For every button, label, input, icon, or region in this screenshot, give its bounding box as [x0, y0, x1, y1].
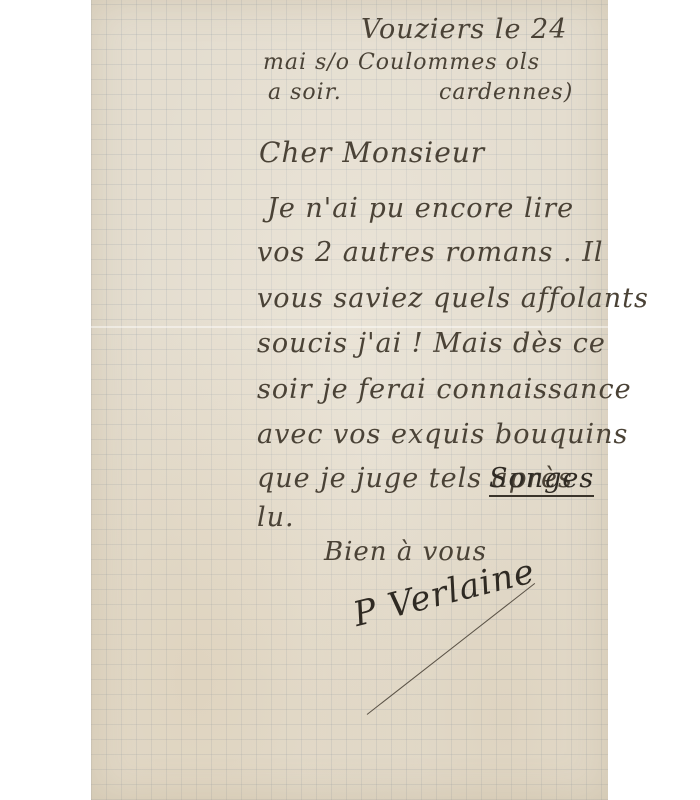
header-place-date: Vouziers le 24	[361, 14, 567, 45]
salutation: Cher Monsieur	[259, 136, 485, 169]
header-time: a soir.	[268, 80, 342, 105]
body-line-6: avec vos exquis bouquins	[257, 419, 628, 450]
body-line-1: Je n'ai pu encore lire	[267, 193, 574, 224]
body-line-2: vos 2 autres romans . Il	[257, 237, 604, 268]
header-address: mai s/o Coulommes ols	[263, 50, 540, 75]
letter-paper: Vouziers le 24 mai s/o Coulommes ols a s…	[91, 0, 608, 800]
body-line-8: lu.	[257, 502, 295, 533]
body-line-4: soucis j'ai ! Mais dès ce	[257, 328, 606, 359]
body-line-3: vous saviez quels affolants	[257, 283, 649, 314]
underlined-title-songes: Songes	[489, 463, 594, 497]
closing: Bien à vous	[324, 537, 487, 567]
body-line-5: soir je ferai connaissance	[257, 374, 632, 405]
header-region: cardennes)	[439, 80, 573, 105]
